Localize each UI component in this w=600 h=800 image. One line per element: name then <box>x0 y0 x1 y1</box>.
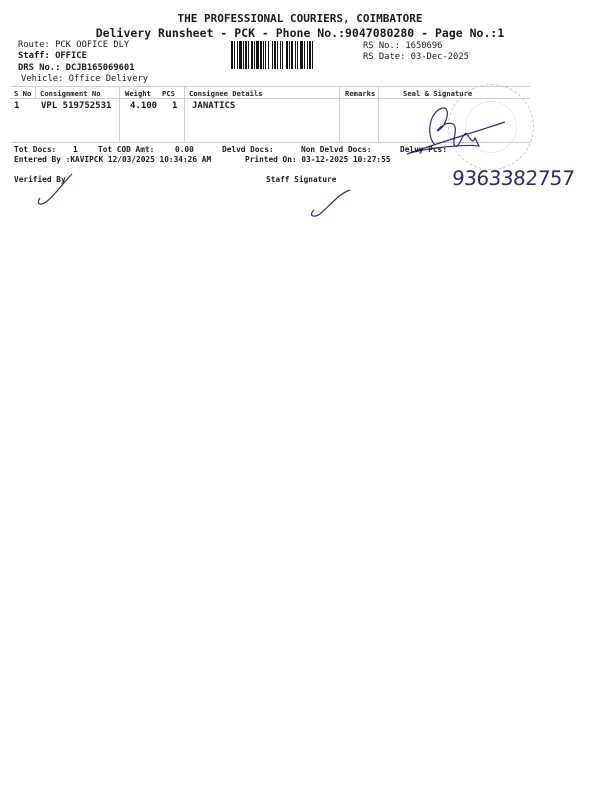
route-label: Route: PCK OOFICE DLY <box>18 40 129 50</box>
vehicle-label: Vehicle: Office Delivery <box>21 74 148 84</box>
col-consignee: Consignee Details <box>189 89 263 98</box>
rs-number: RS No.: 1650696 <box>363 41 442 51</box>
rs-date: RS Date: 03-Dec-2025 <box>363 52 469 62</box>
col-divider <box>378 86 379 142</box>
delvy-pcs-label: Delvy Pcs: <box>400 145 447 154</box>
cell-consignee: JANATICS <box>192 101 235 111</box>
runsheet-subtitle: Delivery Runsheet - PCK - Phone No.:9047… <box>0 26 600 40</box>
col-divider <box>119 86 120 142</box>
cell-pcs: 1 <box>172 101 177 111</box>
non-delvd-docs-label: Non Delvd Docs: <box>301 145 371 154</box>
cell-weight: 4.100 <box>130 101 157 111</box>
cell-consignment-no: VPL 519752531 <box>41 101 111 111</box>
table-top-rule <box>10 86 530 87</box>
staff-signature-label: Staff Signature <box>266 175 336 184</box>
staff-checkmark-icon <box>308 188 352 220</box>
drs-number: DRS No.: DCJB165069601 <box>18 63 135 73</box>
tot-cod-value: 0.00 <box>175 145 194 154</box>
col-divider <box>35 86 36 98</box>
table-header-rule <box>10 98 530 99</box>
printed-on: Printed On: 03-12-2025 10:27:55 <box>245 155 391 164</box>
delvd-docs-label: Delvd Docs: <box>222 145 274 154</box>
tot-docs-label: Tot Docs: <box>14 145 56 154</box>
barcode <box>231 41 361 69</box>
col-pcs: PCS <box>162 89 175 98</box>
entered-by: Entered By :KAVIPCK 12/03/2025 10:34:26 … <box>14 155 211 164</box>
col-divider <box>184 86 185 142</box>
col-consignment-no: Consignment No <box>40 89 101 98</box>
staff-label: Staff: OFFICE <box>18 51 87 61</box>
col-divider <box>339 86 340 142</box>
cell-sno: 1 <box>14 101 19 111</box>
company-title: THE PROFESSIONAL COURIERS, COIMBATORE <box>0 12 600 25</box>
handwritten-phone-number: 9363382757 <box>451 166 575 190</box>
tot-docs-value: 1 <box>73 145 78 154</box>
tot-cod-label: Tot COD Amt: <box>98 145 154 154</box>
col-weight: Weight <box>125 89 151 98</box>
verified-checkmark-icon <box>36 172 76 208</box>
col-remarks: Remarks <box>345 89 375 98</box>
col-sno: S No <box>14 89 31 98</box>
